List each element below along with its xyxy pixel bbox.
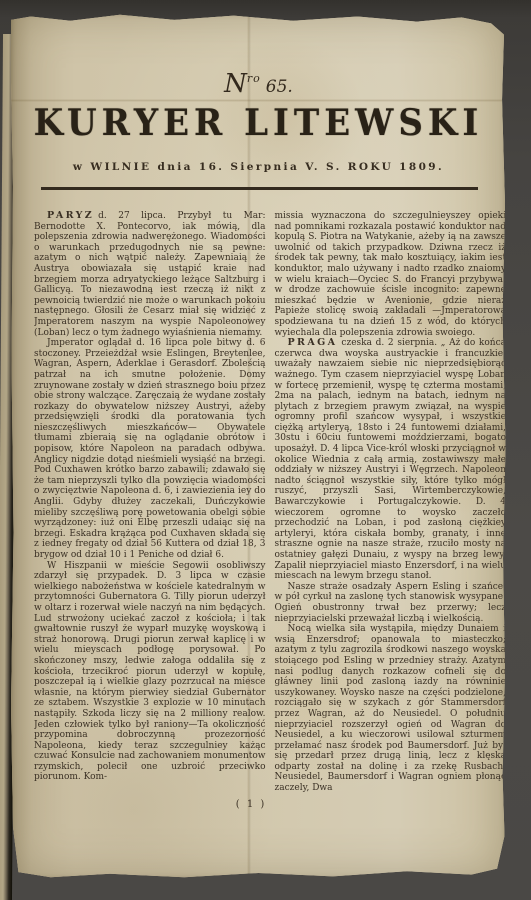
newspaper-page: Nro65. KURYER LITEWSKI w WILNIE dnia 16.…	[11, 13, 506, 879]
issue-number: Nro65.	[11, 69, 506, 99]
paragraph: Nocą wielka siła wystąpiła, między Dunai…	[275, 624, 507, 794]
paragraph: missia wyznaczona do szczegulnieyszey op…	[275, 211, 507, 338]
paragraph-text: czeska d. 2 sierpnia. „ Aż do końca czer…	[275, 338, 507, 581]
paragraph-text: W Hiszpanii w mieście Segowii osobliwszy…	[34, 561, 266, 783]
paragraph-lead: PRAGA	[288, 337, 338, 348]
paragraph: Nasze straże osadzały Aspern Esling i sz…	[275, 582, 507, 624]
paragraph: W Hiszpanii w mieście Segowii osobliwszy…	[34, 561, 266, 783]
masthead-title: KURYER LITEWSKI	[11, 101, 506, 144]
paragraph-text: missia wyznaczona do szczegulnieyszey op…	[275, 211, 507, 338]
issue-number-superscript: ro	[247, 72, 261, 85]
paragraph-text: Nasze straże osadzały Aspern Esling i sz…	[275, 582, 507, 624]
paragraph-text: Jmperator oglądał d. 16 lipca pole bitwy…	[34, 338, 266, 560]
paragraph: Jmperator oglądał d. 16 lipca pole bitwy…	[34, 338, 266, 560]
issue-number-value: 65.	[266, 77, 293, 97]
paragraph-text: d. 27 lipca. Przybył tu Mar: Bernodotte …	[34, 211, 266, 338]
masthead-rule	[41, 187, 478, 190]
page-number: ( 1 )	[211, 799, 291, 810]
text-columns: PARYZd. 27 lipca. Przybył tu Mar: Bernod…	[34, 211, 506, 817]
left-column: PARYZd. 27 lipca. Przybył tu Mar: Bernod…	[34, 211, 266, 817]
paragraph-text: Nocą wielka siła wystąpiła, między Dunai…	[275, 624, 507, 793]
paragraph: PRAGAczeska d. 2 sierpnia. „ Aż do końca…	[275, 338, 507, 582]
right-column: missia wyznaczona do szczegulnieyszey op…	[275, 211, 507, 817]
dateline: w WILNIE dnia 16. Sierpnia V. S. ROKU 18…	[11, 161, 506, 173]
issue-number-letter: N	[224, 69, 247, 99]
scan-background: { "header": { "issue": { "n": "N", "sup"…	[0, 0, 531, 900]
paragraph-lead: PARYZ	[47, 211, 94, 221]
paragraph: PARYZd. 27 lipca. Przybył tu Mar: Bernod…	[34, 211, 266, 338]
